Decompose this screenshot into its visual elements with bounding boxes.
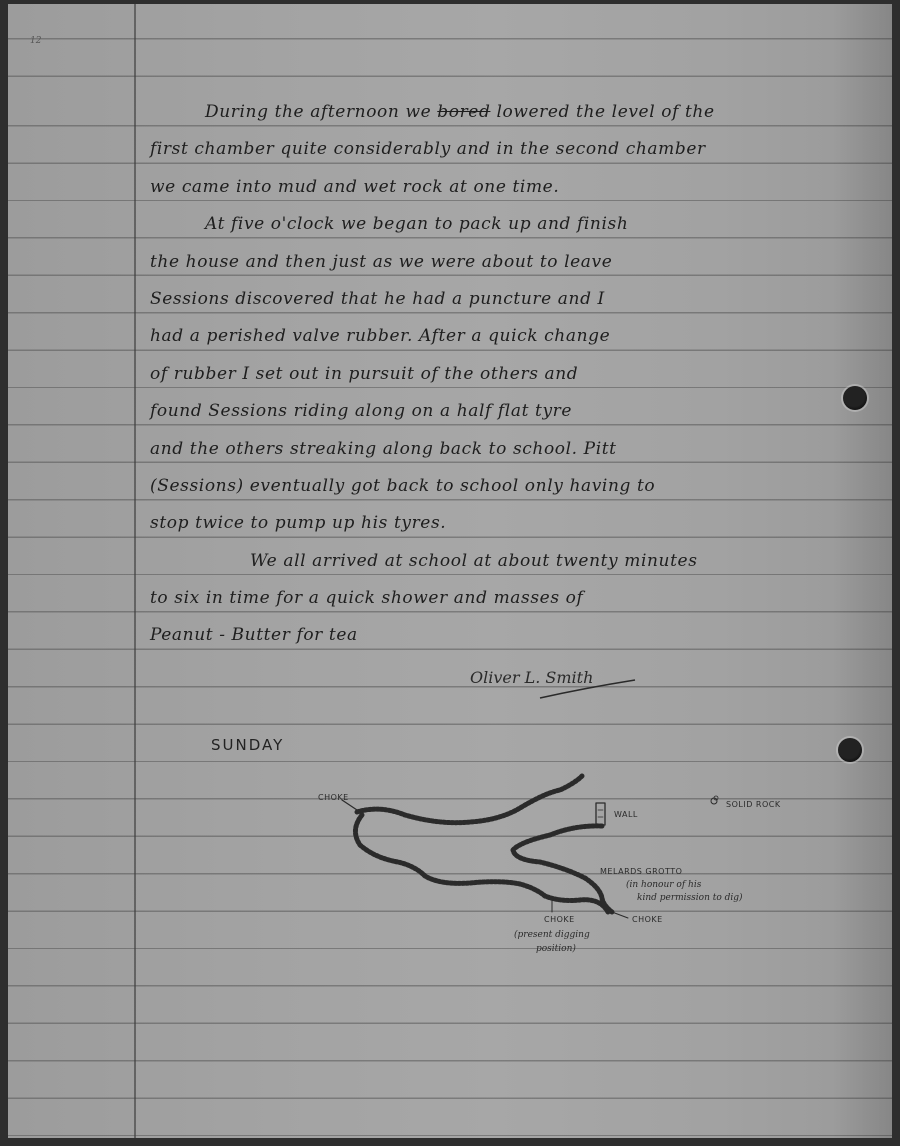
cave-sketch-map [0,0,900,1146]
choke-marker-right [612,912,628,918]
grotto-note-line2: kind permission to dig) [637,892,743,904]
label-grotto: MELARDS GROTTO [600,867,682,876]
label-solid-rock: SOLID ROCK [726,800,781,809]
label-choke-right: CHOKE [632,915,663,924]
digging-note-line2: position) [536,943,576,955]
passage-wall-upper [357,776,582,823]
label-wall: WALL [614,810,638,819]
label-choke-bottom: CHOKE [544,915,575,924]
wall-icon [596,803,605,825]
label-choke-top: CHOKE [318,793,349,802]
digging-note-line1: (present digging [514,929,590,941]
grotto-note-line1: (in honour of his [626,879,701,891]
